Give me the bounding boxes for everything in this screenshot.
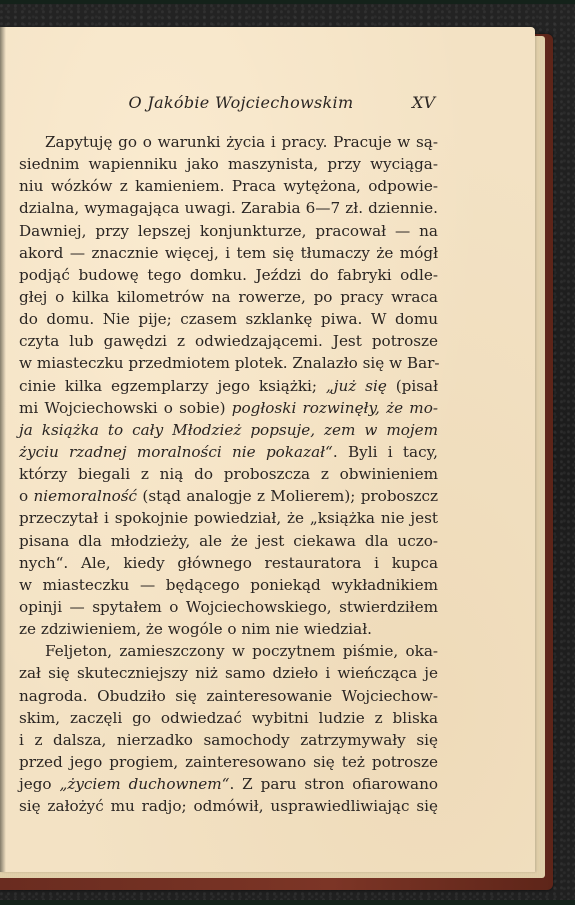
- text-segment: (stąd analogje z Molierem); proboszcz: [137, 487, 438, 505]
- text-segment: niu wózków z kamieniem. Praca wytężona, …: [19, 177, 438, 195]
- text-segment: w miasteczku przedmiotem plotek. Znalazł…: [19, 354, 440, 372]
- text-segment: którzy biegali z nią do proboszcza z obw…: [19, 465, 438, 483]
- text-line: w miasteczku przedmiotem plotek. Znalazł…: [19, 352, 438, 374]
- scan-bottom-border: [0, 900, 575, 905]
- text-line: o niemoralność (stąd analogje z Molierem…: [19, 485, 438, 507]
- text-line: Zapytuję go o warunki życia i pracy. Pra…: [19, 131, 438, 153]
- text-line: do domu. Nie pije; czasem szklankę piwa.…: [19, 308, 438, 330]
- italic-text-segment: pogłoski rozwinęły, że mo-: [232, 399, 438, 417]
- text-segment: zał się skuteczniejszy niż samo dzieło i…: [19, 664, 438, 682]
- text-segment: przeczytał i spokojnie powiedział, że „k…: [19, 509, 438, 527]
- text-line: którzy biegali z nią do proboszcza z obw…: [19, 463, 438, 485]
- text-line: akord — znacznie więcej, i tem się tłuma…: [19, 242, 438, 264]
- text-segment: w miasteczku — będącego poniekąd wykładn…: [19, 576, 438, 594]
- text-segment: i z dalsza, nierzadko samochody zatrzymy…: [19, 731, 438, 749]
- text-line: nagroda. Obudziło się zainteresowanie Wo…: [19, 685, 438, 707]
- book-page: O Jakóbie Wojciechowskim XV Zapytuję go …: [0, 27, 535, 872]
- text-line: przed jego progiem, zainteresowano się t…: [19, 751, 438, 773]
- text-segment: siednim wapienniku jako maszynista, przy…: [19, 155, 438, 173]
- text-line: i z dalsza, nierzadko samochody zatrzymy…: [19, 729, 438, 751]
- text-line: ja książka to cały Młodzież popsuje, zem…: [19, 419, 438, 441]
- text-segment: skim, zaczęli go odwiedzać wybitni ludzi…: [19, 709, 438, 727]
- text-line: ze zdziwieniem, że wogóle o nim nie wied…: [19, 618, 438, 640]
- body-text: Zapytuję go o warunki życia i pracy. Pra…: [19, 131, 438, 817]
- italic-text-segment: „już się: [326, 377, 387, 395]
- text-segment: pisana dla młodzieży, ale że jest ciekaw…: [19, 532, 438, 550]
- text-line: Dawniej, przy lepszej konjunkturze, prac…: [19, 220, 438, 242]
- text-segment: głej o kilka kilometrów na rowerze, po p…: [19, 288, 438, 306]
- text-segment: . Z paru stron ofiarowano: [229, 775, 438, 793]
- text-line: głej o kilka kilometrów na rowerze, po p…: [19, 286, 438, 308]
- text-segment: do domu. Nie pije; czasem szklankę piwa.…: [19, 310, 438, 328]
- italic-text-segment: „życiem duchownem“: [59, 775, 229, 793]
- text-segment: o: [19, 487, 33, 505]
- italic-text-segment: ja książka to cały Młodzież popsuje, zem…: [19, 421, 438, 439]
- text-line: życiu rzadnej moralności nie pokazał“. B…: [19, 441, 438, 463]
- text-line: jego „życiem duchownem“. Z paru stron of…: [19, 773, 438, 795]
- text-line: się założyć mu radjo; odmówił, usprawied…: [19, 795, 438, 817]
- text-line: cinie kilka egzemplarzy jego książki; „j…: [19, 375, 438, 397]
- text-line: skim, zaczęli go odwiedzać wybitni ludzi…: [19, 707, 438, 729]
- text-line: mi Wojciechowski o sobie) pogłoski rozwi…: [19, 397, 438, 419]
- gutter-shadow: [0, 27, 6, 872]
- page-number: XV: [375, 93, 435, 112]
- text-segment: podjąć budowę tego domku. Jeździ do fabr…: [19, 266, 438, 284]
- text-segment: jego: [19, 775, 59, 793]
- text-segment: nagroda. Obudziło się zainteresowanie Wo…: [19, 687, 438, 705]
- text-line: nych“. Ale, kiedy głównego restauratora …: [19, 552, 438, 574]
- text-segment: (pisał: [387, 377, 438, 395]
- italic-text-segment: niemoralność: [33, 487, 137, 505]
- text-line: w miasteczku — będącego poniekąd wykładn…: [19, 574, 438, 596]
- running-head: O Jakóbie Wojciechowskim XV: [0, 93, 535, 117]
- text-segment: mi Wojciechowski o sobie): [19, 399, 232, 417]
- text-segment: Feljeton, zamieszczony w poczytnem piśmi…: [45, 642, 438, 660]
- text-segment: się założyć mu radjo; odmówił, usprawied…: [19, 797, 438, 815]
- text-segment: Zapytuję go o warunki życia i pracy. Pra…: [45, 133, 438, 151]
- text-segment: nych“. Ale, kiedy głównego restauratora …: [19, 554, 438, 572]
- text-segment: cinie kilka egzemplarzy jego książki;: [19, 377, 326, 395]
- text-line: podjąć budowę tego domku. Jeździ do fabr…: [19, 264, 438, 286]
- text-line: pisana dla młodzieży, ale że jest ciekaw…: [19, 530, 438, 552]
- running-title: O Jakóbie Wojciechowskim: [110, 93, 372, 112]
- text-line: opinji — spytałem o Wojciechowskiego, st…: [19, 596, 438, 618]
- text-line: niu wózków z kamieniem. Praca wytężona, …: [19, 175, 438, 197]
- text-segment: dzialna, wymagająca uwagi. Zarabia 6—7 z…: [19, 199, 438, 217]
- text-segment: . Byli i tacy,: [333, 443, 438, 461]
- text-segment: Dawniej, przy lepszej konjunkturze, prac…: [19, 222, 438, 240]
- text-line: czyta lub gawędzi z odwiedzającemi. Jest…: [19, 330, 438, 352]
- text-line: siednim wapienniku jako maszynista, przy…: [19, 153, 438, 175]
- text-segment: akord — znacznie więcej, i tem się tłuma…: [19, 244, 438, 262]
- italic-text-segment: życiu rzadnej moralności nie pokazał“: [19, 443, 333, 461]
- text-segment: ze zdziwieniem, że wogóle o nim nie wied…: [19, 620, 372, 638]
- text-segment: przed jego progiem, zainteresowano się t…: [19, 753, 438, 771]
- text-line: przeczytał i spokojnie powiedział, że „k…: [19, 507, 438, 529]
- text-line: zał się skuteczniejszy niż samo dzieło i…: [19, 662, 438, 684]
- text-line: Feljeton, zamieszczony w poczytnem piśmi…: [19, 640, 438, 662]
- text-line: dzialna, wymagająca uwagi. Zarabia 6—7 z…: [19, 197, 438, 219]
- text-segment: czyta lub gawędzi z odwiedzającemi. Jest…: [19, 332, 438, 350]
- text-segment: opinji — spytałem o Wojciechowskiego, st…: [19, 598, 438, 616]
